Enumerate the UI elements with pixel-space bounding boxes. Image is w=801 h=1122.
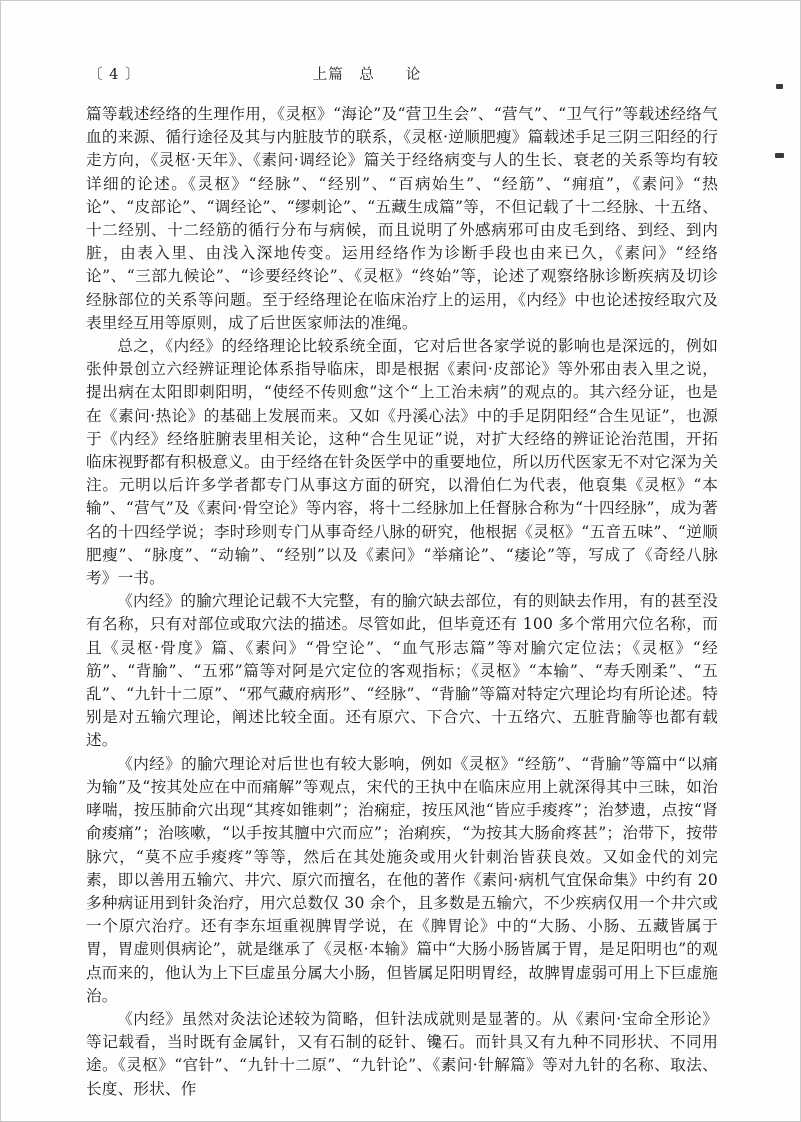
- paragraph-shuxue-influence: 《内经》的腧穴理论对后世也有较大影响，例如《灵枢》“经筋”、“背腧”等篇中“以痛…: [86, 753, 718, 1008]
- body-text: 篇等载述经络的生理作用，《灵枢》“海论”及“营卫生会”、“营气”、“卫气行”等载…: [86, 103, 718, 1101]
- paragraph-shuxue-theory: 《内经》的腧穴理论记载不大完整，有的腧穴缺去部位，有的则缺去作用，有的甚至没有名…: [86, 590, 718, 752]
- running-title: 上篇 总 论: [86, 63, 648, 84]
- ink-speck-artifact: [776, 84, 783, 89]
- page-header: 〔 4 〕 上篇 总 论: [86, 63, 718, 87]
- paragraph-continuation: 篇等载述经络的生理作用，《灵枢》“海论”及“营卫生会”、“营气”、“卫气行”等载…: [86, 103, 718, 335]
- ink-speck-artifact: [775, 153, 784, 158]
- paragraph-jingluo-summary: 总之，《内经》的经络理论比较系统全面，它对后世各家学说的影响也是深远的，例如张仲…: [86, 335, 718, 590]
- scanned-book-page: 〔 4 〕 上篇 总 论 篇等载述经络的生理作用，《灵枢》“海论”及“营卫生会”…: [0, 0, 801, 1122]
- paragraph-needling-methods: 《内经》虽然对灸法论述较为简略，但针法成就则是显著的。从《素问·宝命全形论》等记…: [86, 1008, 718, 1101]
- text-column: 〔 4 〕 上篇 总 论 篇等载述经络的生理作用，《灵枢》“海论”及“营卫生会”…: [86, 63, 718, 1101]
